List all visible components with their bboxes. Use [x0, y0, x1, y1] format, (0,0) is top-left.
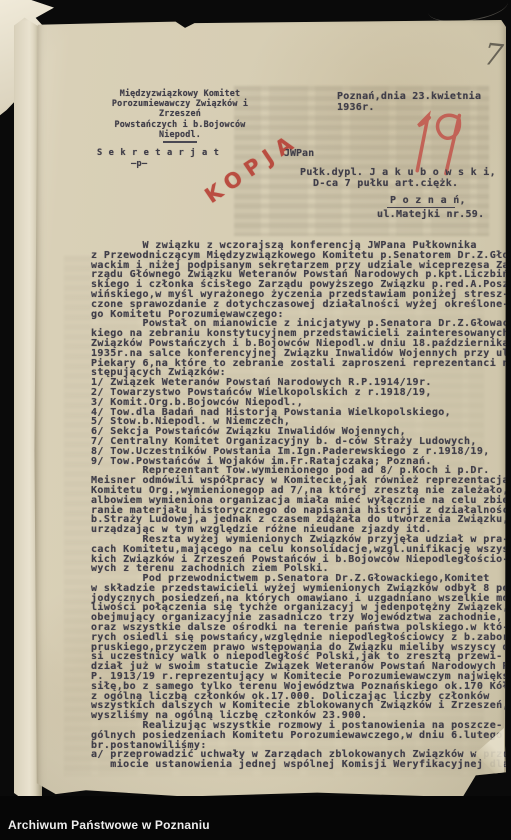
office-label: S e k r e t a r j a t — [91, 148, 269, 158]
letterhead: Międzyzwiązkowy Komitet Porozumiewawczy … — [91, 88, 269, 169]
recipient-name: Pułk.dypl. J a k u b o w s k i, — [300, 167, 496, 178]
archive-label: Archiwum Państwowe w Poznaniu — [8, 818, 210, 832]
recipient-salutation: JWPan — [284, 148, 314, 159]
pencil-page-number: 7 — [482, 37, 505, 74]
recipient-title: D-ca 7 pułku art.ciężk. — [313, 178, 458, 189]
letterhead-divider — [163, 141, 197, 143]
recipient-city: P o z n a ń, — [390, 195, 466, 206]
recipient-address: ul.Matejki nr.59. — [377, 209, 484, 220]
archive-bar: Archiwum Państwowe w Poznaniu — [0, 796, 511, 840]
org-name-line2: Porozumiewawczy Związków i Zrzeszeń — [91, 98, 269, 118]
letter-page: Międzyzwiązkowy Komitet Porozumiewawczy … — [34, 20, 506, 802]
org-name-line3: Powstańczych i b.Bojowców Niepodl. — [91, 119, 269, 139]
org-name-line1: Międzyzwiązkowy Komitet — [91, 88, 269, 98]
document-scan: Międzyzwiązkowy Komitet Porozumiewawczy … — [0, 0, 511, 840]
letter-body: W związku z wczorajszą konferencją JWPan… — [91, 241, 511, 770]
